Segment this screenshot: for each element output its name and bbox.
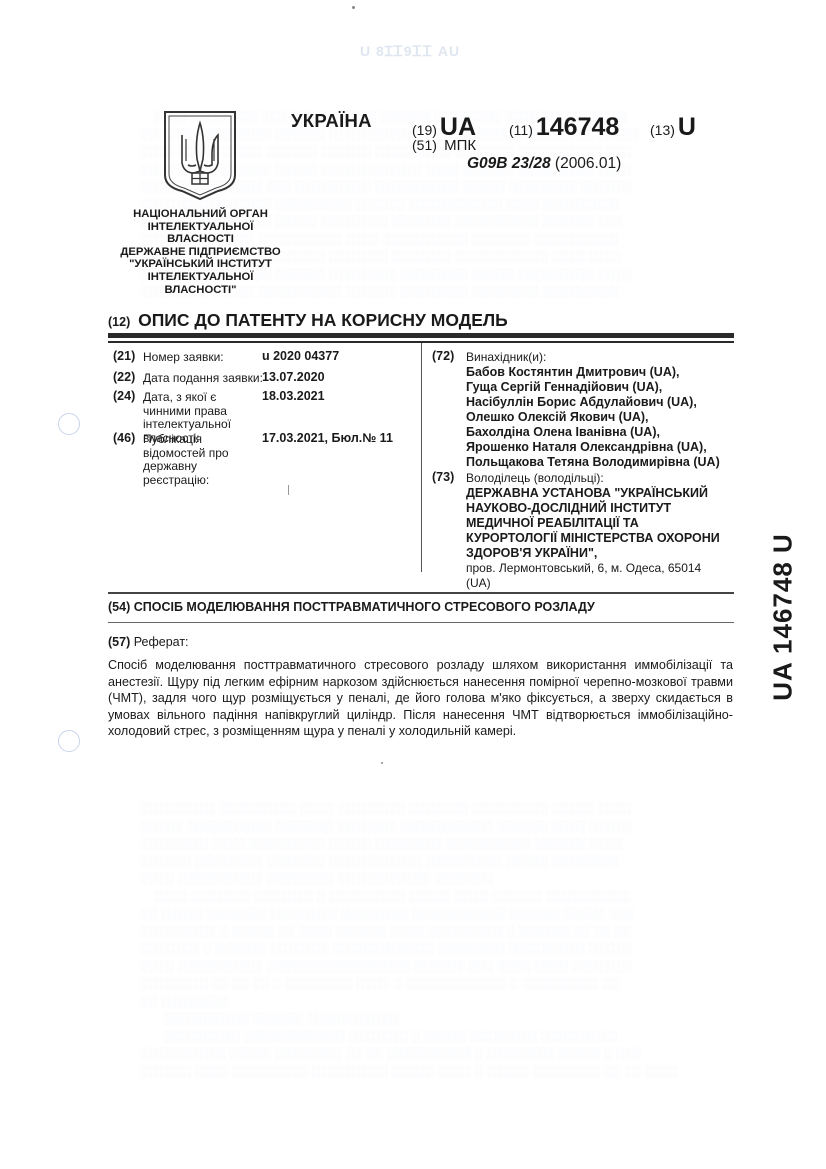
biblio-label: Номер заявки: xyxy=(143,351,278,365)
inid-code: (11) xyxy=(509,122,533,138)
divider-thick xyxy=(108,333,734,338)
owner-name-line: КУРОРТОЛОГІЇ МІНІСТЕРСТВА ОХОРОНИ xyxy=(466,532,720,546)
scan-mark xyxy=(288,485,289,495)
bleed-through-text-bottom: ░░░░░░░░░ ░░░░░░░░░ ░░░░ ░░░░░░░░ ░░░░░░… xyxy=(140,800,760,1080)
scan-speck xyxy=(381,762,383,764)
filing-date: 13.07.2020 xyxy=(262,371,325,385)
inid-code: (13) xyxy=(650,122,675,138)
inid-code: (12) xyxy=(108,315,130,329)
ipc-code: G09B 23/28 (2006.01) xyxy=(467,155,621,173)
inventor-name: Насібуллін Борис Абдулайович (UA), xyxy=(466,396,697,410)
issuing-organization: НАЦІОНАЛЬНИЙ ОРГАН ІНТЕЛЕКТУАЛЬНОЇ ВЛАСН… xyxy=(118,208,283,296)
org-line: ДЕРЖАВНЕ ПІДПРИЄМСТВО xyxy=(118,246,283,259)
country-name: УКРАЇНА xyxy=(291,110,372,132)
utility-model-title-text: СПОСІБ МОДЕЛЮВАННЯ ПОСТТРАВМАТИЧНОГО СТР… xyxy=(134,600,595,614)
utility-model-title: (54) СПОСІБ МОДЕЛЮВАННЯ ПОСТТРАВМАТИЧНОГ… xyxy=(108,600,595,614)
patent-number-11: (11) 146748 xyxy=(509,113,619,142)
biblio-label: Публікація відомостей про державну реєст… xyxy=(143,433,263,487)
abstract-heading: (57) Реферат: xyxy=(108,635,189,649)
inventor-name: Польщакова Тетяна Володимирівна (UA) xyxy=(466,456,720,470)
coat-of-arms-tryzub-icon xyxy=(162,109,238,201)
ipc-version: (2006.01) xyxy=(555,155,621,172)
inid-code: (21) xyxy=(113,350,135,364)
document-kind-13: (13) U xyxy=(650,113,696,142)
inid-code: (73) xyxy=(432,471,454,485)
inventor-name: Бахолдіна Олена Іванівна (UA), xyxy=(466,426,660,440)
inventors-label: Винахідник(и): xyxy=(466,351,666,365)
org-line: ВЛАСНОСТІ" xyxy=(118,284,283,297)
inid-code: (46) xyxy=(113,432,135,446)
inventor-name: Гуща Сергій Геннадійович (UA), xyxy=(466,381,662,395)
owner-address: пров. Лермонтовський, 6, м. Одеса, 65014 xyxy=(466,562,726,576)
inventor-name: Бабов Костянтин Дмитрович (UA), xyxy=(466,366,679,380)
publication-date: 17.03.2021, Бюл.№ 11 xyxy=(262,432,393,446)
inid-code: (22) xyxy=(113,371,135,385)
bleed-through-header: U 8ꞮᏆ9ᏆᏆ AU xyxy=(360,40,460,63)
owner-name-line: ЗДОРОВ'Я УКРАЇНИ", xyxy=(466,547,597,561)
biblio-label: Дата подання заявки: xyxy=(143,372,278,386)
org-line: НАЦІОНАЛЬНИЙ ОРГАН xyxy=(118,208,283,221)
document-kind-value: U xyxy=(678,113,696,142)
document-title: (12) ОПИС ДО ПАТЕНТУ НА КОРИСНУ МОДЕЛЬ xyxy=(108,310,508,331)
abstract-text: Спосіб моделювання посттравматичного стр… xyxy=(108,657,733,740)
document-title-text: ОПИС ДО ПАТЕНТУ НА КОРИСНУ МОДЕЛЬ xyxy=(138,310,508,330)
owner-label: Володілець (володільці): xyxy=(466,472,686,486)
divider xyxy=(108,592,734,594)
owner-name-line: НАУКОВО-ДОСЛІДНИЙ ІНСТИТУТ xyxy=(466,502,671,516)
inventor-name: Олешко Олексій Якович (UA), xyxy=(466,411,649,425)
ipc-classification: (51) МПК xyxy=(412,137,476,154)
org-line: ВЛАСНОСТІ xyxy=(118,233,283,246)
side-document-number-text: UA 146748 U xyxy=(768,533,799,701)
inid-code: (72) xyxy=(432,350,454,364)
org-line: ІНТЕЛЕКТУАЛЬНОЇ xyxy=(118,271,283,284)
effective-date: 18.03.2021 xyxy=(262,390,325,404)
inid-code: (54) xyxy=(108,600,130,614)
column-divider xyxy=(421,343,422,572)
scan-speck xyxy=(352,6,355,9)
inid-code: (57) xyxy=(108,635,130,649)
inid-code: (24) xyxy=(113,390,135,404)
org-line: ІНТЕЛЕКТУАЛЬНОЇ xyxy=(118,221,283,234)
ipc-code-value: G09B 23/28 xyxy=(467,155,551,172)
inventor-name: Ярошенко Наталя Олександрівна (UA), xyxy=(466,441,707,455)
punch-hole-mark xyxy=(58,730,80,752)
application-number: u 2020 04377 xyxy=(262,350,339,364)
inid-code: (19) xyxy=(412,122,437,138)
ipc-label: МПК xyxy=(444,137,476,154)
owner-name-line: ДЕРЖАВНА УСТАНОВА "УКРАЇНСЬКИЙ xyxy=(466,487,708,501)
abstract-label: Реферат: xyxy=(134,635,189,649)
owner-name-line: МЕДИЧНОЇ РЕАБІЛІТАЦІЇ ТА xyxy=(466,517,639,531)
org-line: "УКРАЇНСЬКИЙ ІНСТИТУТ xyxy=(118,258,283,271)
inid-code: (51) xyxy=(412,137,437,153)
owner-country: (UA) xyxy=(466,577,601,591)
patent-number-value: 146748 xyxy=(536,113,619,142)
punch-hole-mark xyxy=(58,413,80,435)
side-document-number: UA 146748 U xyxy=(748,522,818,712)
divider xyxy=(108,622,734,623)
